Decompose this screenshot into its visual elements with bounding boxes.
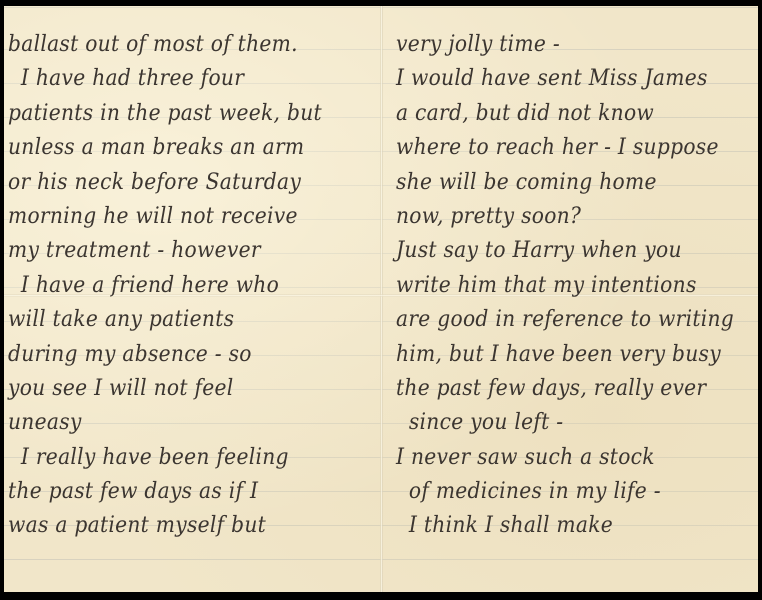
handwritten-line: the past few days, really ever: [396, 372, 738, 406]
letter-scan: ballast out of most of them. I have had …: [4, 6, 758, 592]
handwritten-line: unless a man breaks an arm: [8, 131, 350, 165]
right-page: very jolly time - I would have sent Miss…: [396, 28, 758, 544]
handwritten-line: she will be coming home: [396, 166, 738, 200]
handwritten-line: or his neck before Saturday: [8, 166, 350, 200]
handwritten-line: you see I will not feel: [8, 372, 350, 406]
handwritten-line: of medicines in my life -: [396, 475, 738, 509]
handwritten-line: during my absence - so: [8, 338, 350, 372]
handwritten-line: a card, but did not know: [396, 97, 738, 131]
handwritten-line: was a patient myself but: [8, 509, 350, 543]
handwritten-line: I have had three four: [8, 62, 350, 96]
handwritten-line: ballast out of most of them.: [8, 28, 350, 62]
handwritten-line: I have a friend here who: [8, 269, 350, 303]
handwritten-line: I really have been feeling: [8, 441, 350, 475]
handwritten-line: are good in reference to writing: [396, 303, 738, 337]
handwritten-line: him, but I have been very busy: [396, 338, 738, 372]
handwritten-line: morning he will not receive: [8, 200, 350, 234]
handwritten-line: since you left -: [396, 406, 738, 440]
handwritten-line: I think I shall make: [396, 509, 738, 543]
left-page: ballast out of most of them. I have had …: [8, 28, 380, 544]
handwritten-line: very jolly time -: [396, 28, 738, 62]
handwritten-line: the past few days as if I: [8, 475, 350, 509]
handwritten-line: uneasy: [8, 406, 350, 440]
handwritten-line: I would have sent Miss James: [396, 62, 738, 96]
handwritten-line: now, pretty soon?: [396, 200, 738, 234]
handwritten-line: will take any patients: [8, 303, 350, 337]
center-fold-crease: [380, 6, 383, 592]
handwritten-line: my treatment - however: [8, 234, 350, 268]
handwritten-line: where to reach her - I suppose: [396, 131, 738, 165]
handwritten-line: Just say to Harry when you: [396, 234, 738, 268]
handwritten-line: I never saw such a stock: [396, 441, 738, 475]
handwritten-line: write him that my intentions: [396, 269, 738, 303]
handwritten-line: patients in the past week, but: [8, 97, 350, 131]
